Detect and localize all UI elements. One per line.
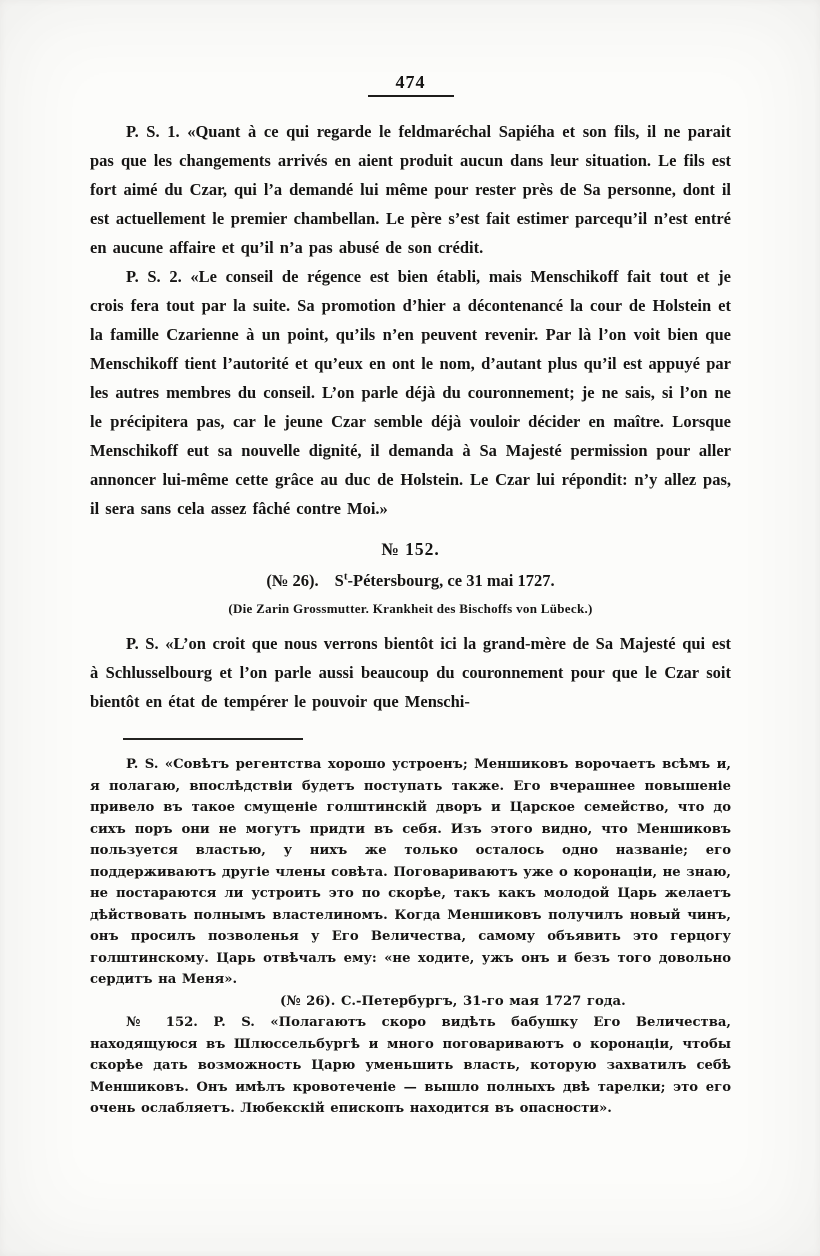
footnote-block: P. S. «Совѣтъ регентства хорошо устроенъ… [90, 754, 731, 1120]
section-heading: № 152. [90, 539, 731, 560]
main-text: P. S. 1. «Quant à ce qui regarde le feld… [90, 117, 731, 523]
paragraph-ps2: P. S. 2. «Le conseil de régence est bien… [90, 262, 731, 523]
paragraph-postscript: P. S. «L’on croit que nous verrons bient… [90, 629, 731, 716]
page-number: 474 [368, 72, 454, 97]
footnote-paragraph-1: P. S. «Совѣтъ регентства хорошо устроенъ… [90, 754, 731, 991]
document-page: 474 P. S. 1. «Quant à ce qui regarde le … [0, 0, 820, 1256]
section-dateline: (№ 26).St-Pétersbourg, ce 31 mai 1727. [90, 571, 731, 591]
footnote-dateline: (№ 26). С.-Петербургъ, 31-го мая 1727 го… [90, 991, 731, 1013]
dateline-number: (№ 26). [266, 571, 318, 590]
dateline-place-rest: -Pétersbourg, ce 31 mai 1727. [348, 571, 555, 590]
section-subtitle: (Die Zarin Grossmutter. Krankheit des Bi… [90, 601, 731, 617]
dateline-place-initial: S [335, 571, 344, 590]
footnote-separator [123, 738, 303, 740]
paragraph-ps1: P. S. 1. «Quant à ce qui regarde le feld… [90, 117, 731, 262]
footnote-paragraph-2: № 152. P. S. «Полагаютъ скоро видѣть баб… [90, 1012, 731, 1120]
page-content: 474 P. S. 1. «Quant à ce qui regarde le … [90, 0, 731, 1120]
postscript-text: P. S. «L’on croit que nous verrons bient… [90, 629, 731, 716]
page-number-block: 474 [90, 72, 731, 97]
